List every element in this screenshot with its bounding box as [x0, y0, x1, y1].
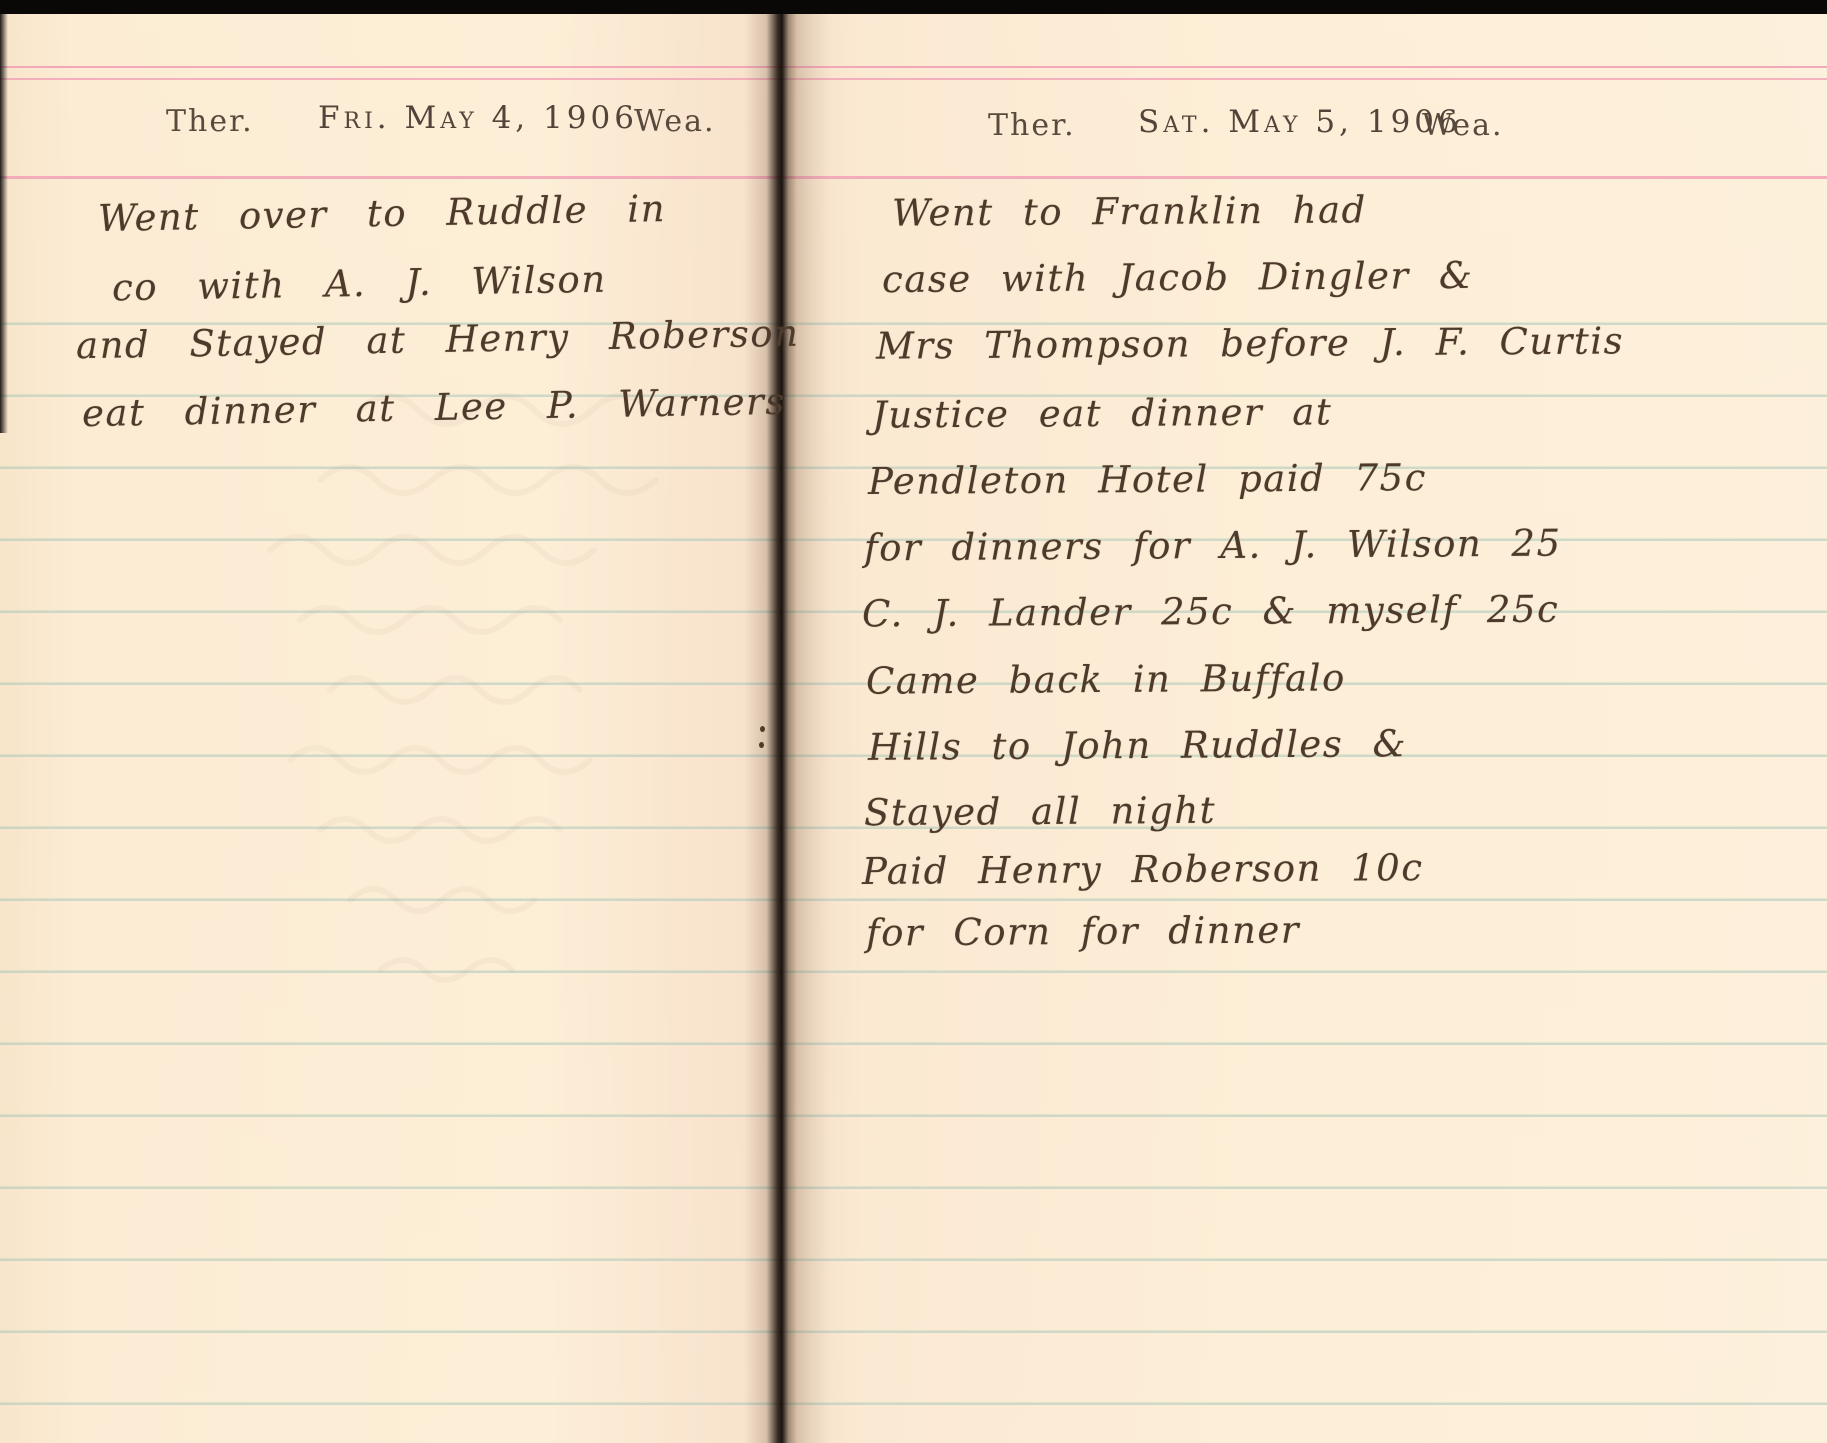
diary-entry-line: co with A. J. Wilson	[112, 258, 607, 310]
diary-entry-line: Went to Franklin had	[892, 188, 1367, 234]
binding-gutter	[744, 13, 830, 1443]
pink-rule-top-2	[0, 78, 1827, 80]
diary-scan: Ther. Fri. May 4, 1906 Wea. Ther. Sat. M…	[0, 0, 1827, 1443]
right-ther-label: Ther.	[988, 108, 1076, 143]
diary-entry-line: Stayed all night	[864, 789, 1216, 834]
pink-rule-under-header	[0, 176, 1827, 179]
diary-entry-line: Justice eat dinner at	[872, 390, 1333, 436]
pink-rule-top-1	[0, 66, 1827, 68]
diary-entry-line: case with Jacob Dingler &	[882, 254, 1474, 301]
right-wea-label: Wea.	[1422, 108, 1504, 143]
diary-entry-line: Came back in Buffalo	[866, 656, 1346, 702]
diary-entry-line: Pendleton Hotel paid 75c	[868, 456, 1427, 503]
ink-speck	[759, 742, 764, 748]
diary-entry-line: C. J. Lander 25c & myself 25c	[862, 588, 1560, 636]
ink-speck	[760, 726, 765, 732]
diary-entry-line: for dinners for A. J. Wilson 25	[864, 522, 1562, 570]
left-date-heading: Fri. May 4, 1906	[318, 100, 638, 136]
left-ther-label: Ther.	[166, 104, 254, 139]
left-wea-label: Wea.	[634, 104, 716, 139]
diary-entry-line: Mrs Thompson before J. F. Curtis	[876, 319, 1624, 367]
scan-left-edge	[0, 13, 8, 433]
diary-entry-line: Hills to John Ruddles &	[868, 722, 1407, 769]
diary-entry-line: Paid Henry Roberson 10c	[862, 846, 1424, 893]
scan-top-edge	[0, 0, 1827, 14]
bleedthrough-ink-marks	[20, 330, 740, 1090]
right-date-heading: Sat. May 5, 1906	[1138, 104, 1462, 140]
diary-entry-line: for Corn for dinner	[866, 908, 1300, 954]
